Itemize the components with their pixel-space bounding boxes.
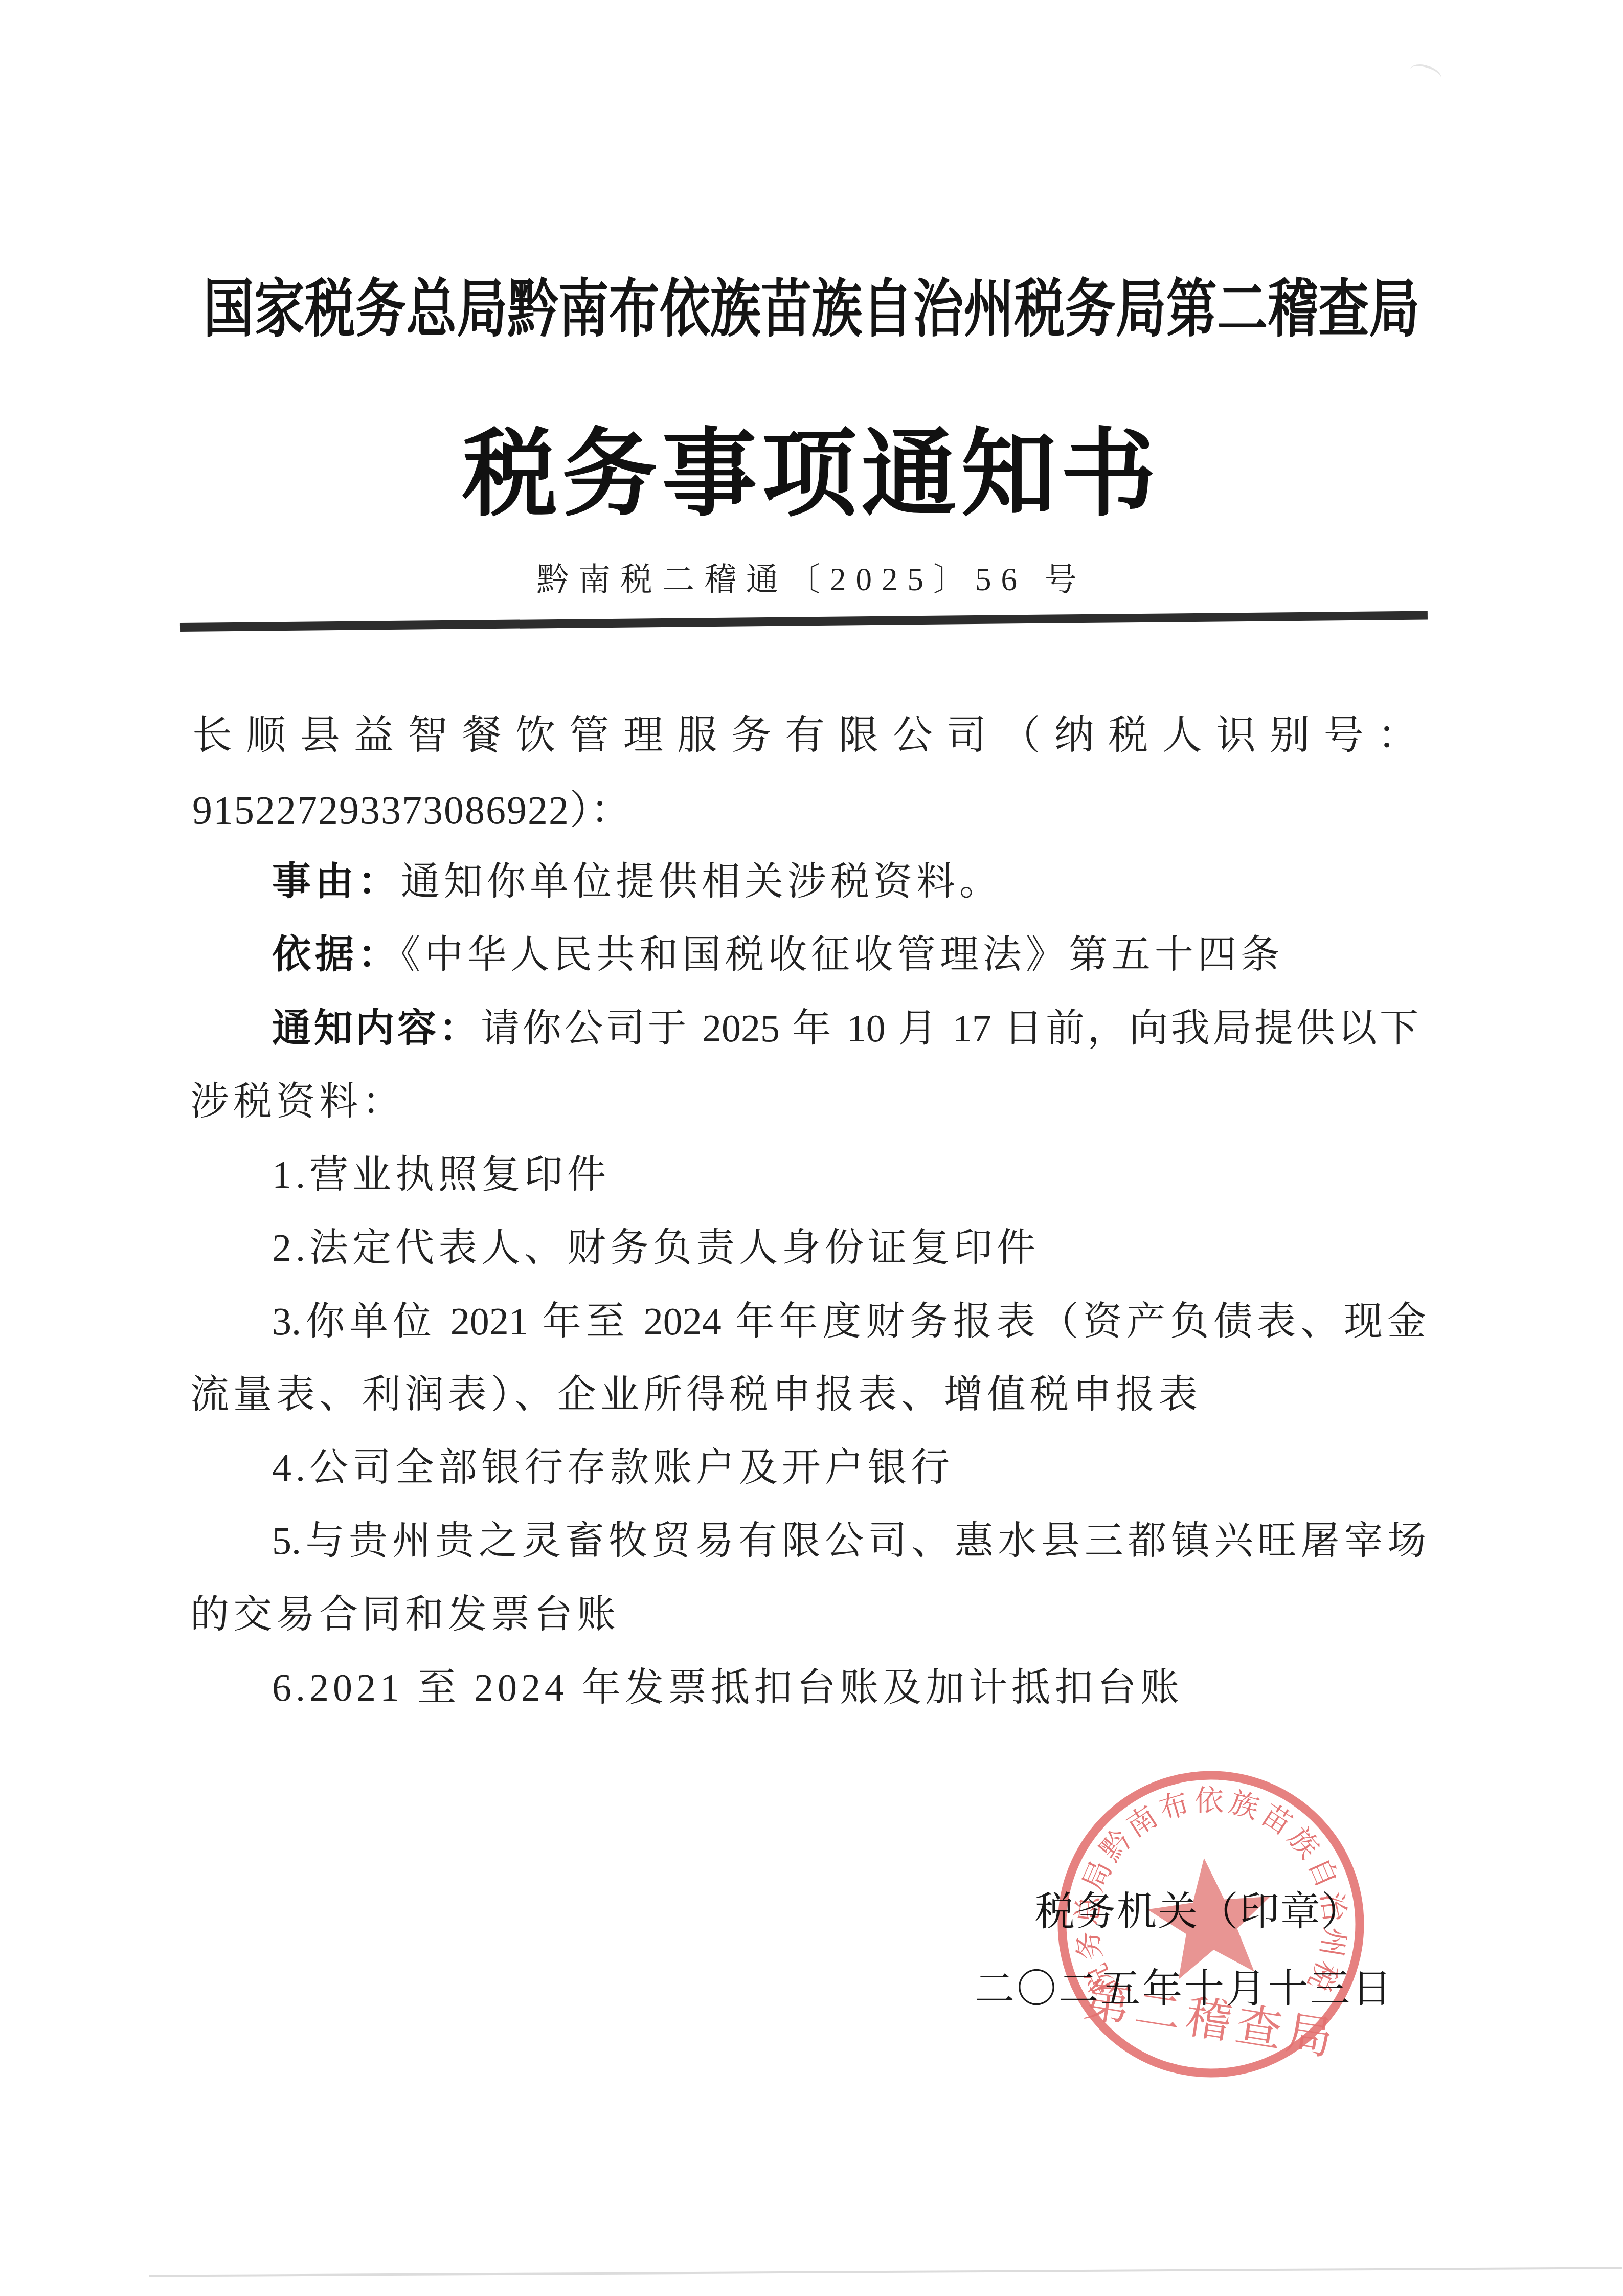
list-item-2: 2.法定代表人、财务负责人身份证复印件	[272, 1224, 1040, 1272]
seal-star-icon	[1142, 1852, 1277, 1982]
list-item-5: 5.与贵州贵之灵畜牧贸易有限公司、惠水县三都镇兴旺屠宰场	[272, 1518, 1426, 1565]
list-item-6: 6.2021 至 2024 年发票抵扣台账及加计抵扣台账	[272, 1664, 1183, 1712]
bureau-title: 国家税务总局黔南布依族苗族自治州税务局第二稽查局	[0, 258, 1623, 345]
label-basis: 依据：	[272, 933, 401, 976]
body-line-materials-intro: 涉税资料：	[190, 1078, 405, 1126]
list-item-4: 4.公司全部银行存款账户及开户银行	[272, 1444, 954, 1492]
document-number: 黔南税二稽通〔2025〕56 号	[0, 553, 1623, 600]
bureau-title-text: 国家税务总局黔南布依族苗族自治州税务局第二稽查局	[204, 258, 1420, 349]
official-seal-stamp: 国家税务总局黔南布依族苗族自治州税务局 第二稽查局	[1046, 1759, 1376, 2089]
list-item-1: 1.营业执照复印件	[272, 1151, 610, 1199]
list-item-3-wrap: 流量表、利润表）、企业所得税申报表、增值税申报表	[190, 1371, 1202, 1419]
list-item-5-wrap: 的交易合同和发票台账	[190, 1591, 620, 1639]
seal-bottom-text: 第二稽查局	[1081, 1976, 1341, 2066]
list-item-3: 3.你单位 2021 年至 2024 年年度财务报表（资产负债表、现金	[272, 1298, 1426, 1346]
body-line-basis: 依据：《中华人民共和国税收征收管理法》第五十四条	[272, 931, 1283, 979]
scan-artifact-mark	[1407, 61, 1444, 87]
seal-ring-text: 国家税务总局黔南布依族苗族自治州税务局	[1046, 1759, 1351, 1999]
body-line-reason: 事由：通知你单位提供相关涉税资料。	[272, 858, 1002, 906]
label-reason: 事由：	[272, 860, 401, 903]
recipient-line-1: 长顺县益智餐饮管理服务有限公司（纳税人识别号：	[192, 711, 1417, 760]
tax-notice-document: 国家税务总局黔南布依族苗族自治州税务局第二稽查局 税务事项通知书 黔南税二稽通〔…	[0, 0, 1623, 2296]
scan-artifact-line	[149, 2267, 1622, 2277]
recipient-taxpayer-id-line: 915227293373086922）：	[192, 786, 632, 834]
document-title: 税务事项通知书	[0, 398, 1623, 534]
label-notice-content: 通知内容：	[272, 1007, 481, 1050]
header-divider-rule	[180, 611, 1428, 632]
body-line-notice-content: 通知内容：请你公司于 2025 年 10 月 17 日前，向我局提供以下	[272, 1005, 1418, 1053]
